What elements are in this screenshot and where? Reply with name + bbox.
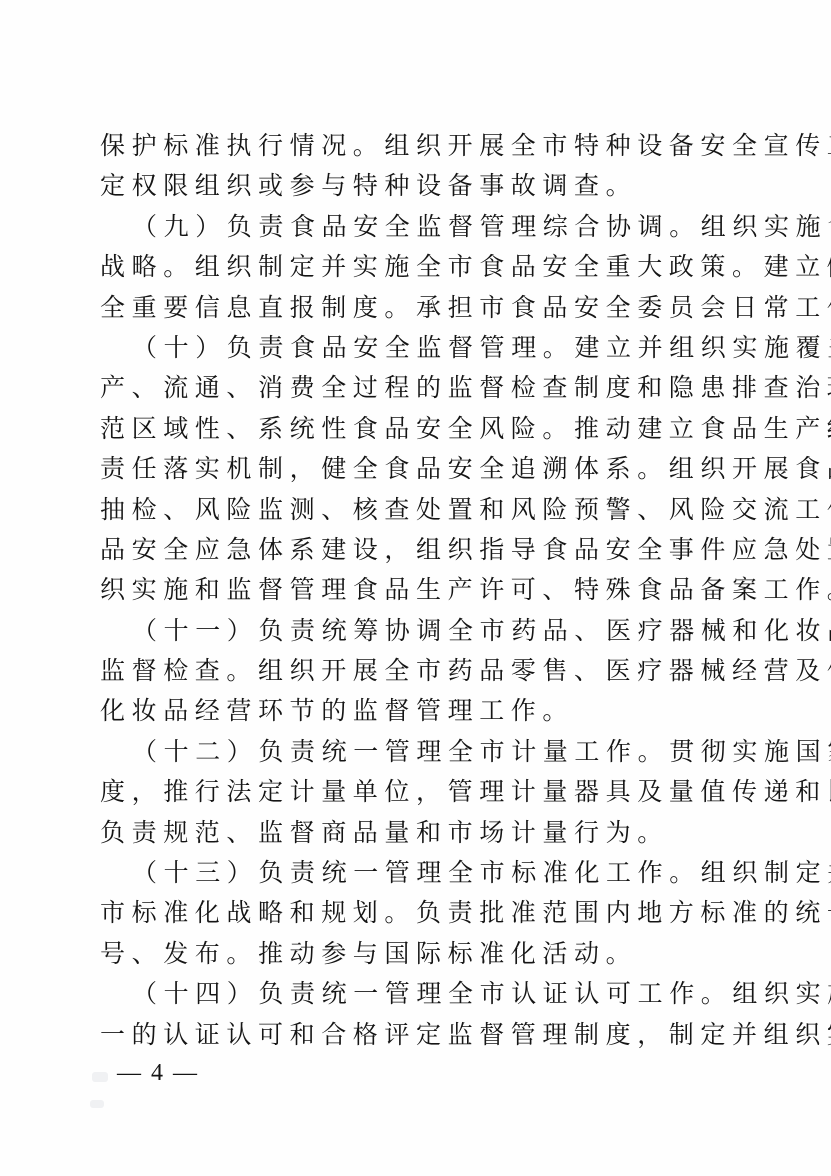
text-line: 责任落实机制，健全食品安全追溯体系。组织开展食品安全监督 — [100, 449, 720, 489]
text-line: 市标准化战略和规划。负责批准范围内地方标准的统一立项、编 — [100, 893, 720, 933]
scan-artifact — [92, 1072, 108, 1082]
paragraph-14-start: （十四）负责统一管理全市认证认可工作。组织实施国家统 — [100, 974, 720, 1014]
paragraph-10-start: （十）负责食品安全监督管理。建立并组织实施覆盖食品生 — [100, 328, 720, 368]
text-line: 范区域性、系统性食品安全风险。推动建立食品生产经营者主体 — [100, 409, 720, 449]
text-line: 保护标准执行情况。组织开展全市特种设备安全宣传工作，按规 — [100, 126, 720, 166]
text-line: 定权限组织或参与特种设备事故调查。 — [100, 166, 720, 206]
text-line: 监督检查。组织开展全市药品零售、医疗器械经营及使用环节、 — [100, 651, 720, 691]
scanned-document-page: 保护标准执行情况。组织开展全市特种设备安全宣传工作，按规 定权限组织或参与特种设… — [0, 0, 831, 1176]
text-line: 品安全应急体系建设，组织指导食品安全事件应急处置工作。组 — [100, 530, 720, 570]
paragraph-12-start: （十二）负责统一管理全市计量工作。贯彻实施国家计量制 — [100, 732, 720, 772]
text-line: 织实施和监督管理食品生产许可、特殊食品备案工作。 — [100, 570, 720, 610]
text-line: 产、流通、消费全过程的监督检查制度和隐患排查治理机制，防 — [100, 368, 720, 408]
text-line: 负责规范、监督商品量和市场计量行为。 — [100, 813, 720, 853]
text-line: 战略。组织制定并实施全市食品安全重大政策。建立健全食品安 — [100, 247, 720, 287]
paragraph-13-start: （十三）负责统一管理全市标准化工作。组织制定并实施全 — [100, 853, 720, 893]
scan-artifact — [90, 1100, 104, 1108]
text-line: 一的认证认可和合格评定监督管理制度，制定并组织实施全市认 — [100, 1015, 720, 1055]
page-number: — 4 — — [117, 1060, 199, 1087]
text-line: 全重要信息直报制度。承担市食品安全委员会日常工作。 — [100, 288, 720, 328]
paragraph-11-start: （十一）负责统筹协调全市药品、医疗器械和化妆品经营的 — [100, 611, 720, 651]
document-body: 保护标准执行情况。组织开展全市特种设备安全宣传工作，按规 定权限组织或参与特种设… — [100, 126, 720, 1055]
text-line: 号、发布。推动参与国际标准化活动。 — [100, 934, 720, 974]
text-line: 化妆品经营环节的监督管理工作。 — [100, 691, 720, 731]
text-line: 度，推行法定计量单位，管理计量器具及量值传递和比对工作， — [100, 772, 720, 812]
text-line: 抽检、风险监测、核查处置和风险预警、风险交流工作。负责食 — [100, 490, 720, 530]
paragraph-9-start: （九）负责食品安全监督管理综合协调。组织实施食品安全 — [100, 207, 720, 247]
